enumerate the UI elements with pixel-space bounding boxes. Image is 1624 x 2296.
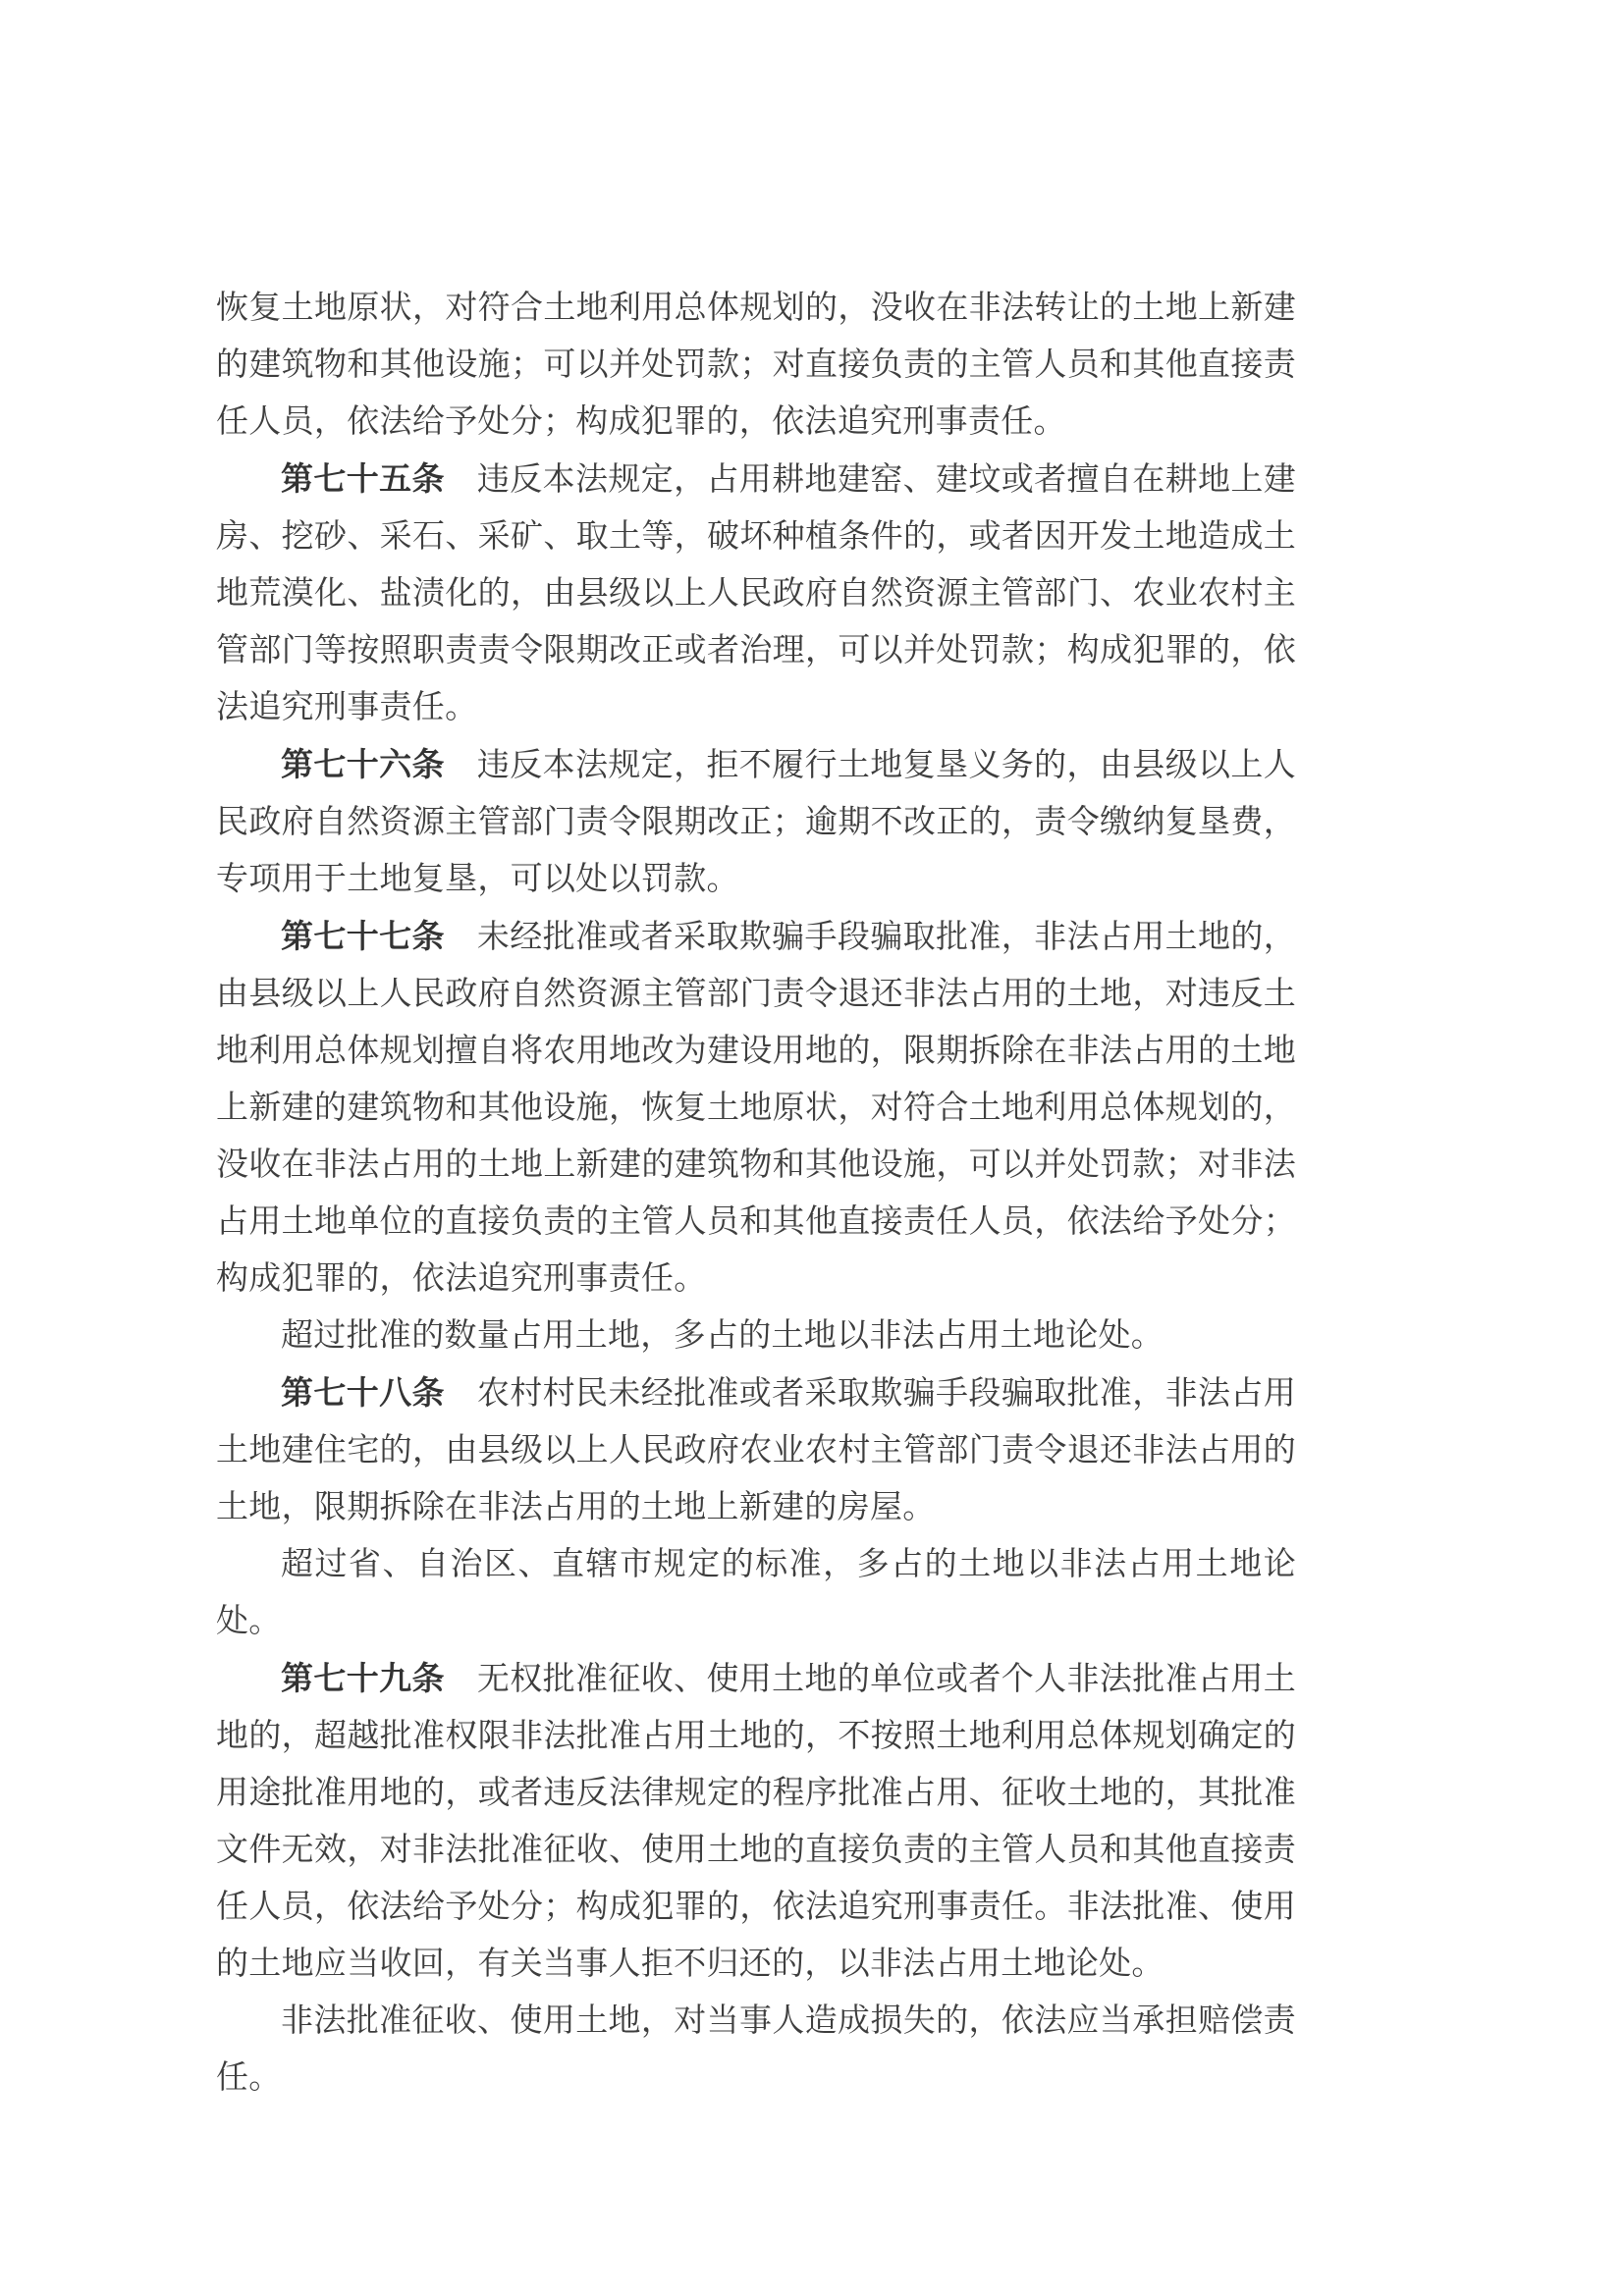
paragraph-article-78: 第七十八条农村村民未经批准或者采取欺骗手段骗取批准，非法占用土地建住宅的，由县级… <box>216 1364 1296 1536</box>
paragraph-text: 超过批准的数量占用土地，多占的土地以非法占用土地论处。 <box>281 1318 1164 1354</box>
article-number-79: 第七十九条 <box>281 1660 445 1696</box>
article-number-78: 第七十八条 <box>281 1374 445 1411</box>
paragraph-text: 无权批准征收、使用土地的单位或者个人非法批准占用土地的，超越批准权限非法批准占用… <box>216 1662 1296 1982</box>
paragraph-text: 未经批准或者采取欺骗手段骗取批准，非法占用土地的，由县级以上人民政府自然资源主管… <box>216 920 1296 1297</box>
article-number-75: 第七十五条 <box>281 460 445 497</box>
article-number-77: 第七十七条 <box>281 918 445 954</box>
paragraph-article-79-clause-2: 非法批准征收、使用土地，对当事人造成损失的，依法应当承担赔偿责任。 <box>216 1993 1296 2107</box>
paragraph-text: 非法批准征收、使用土地，对当事人造成损失的，依法应当承担赔偿责任。 <box>216 2003 1296 2096</box>
paragraph-article-79: 第七十九条无权批准征收、使用土地的单位或者个人非法批准占用土地的，超越批准权限非… <box>216 1650 1296 1993</box>
document-page: 恢复土地原状，对符合土地利用总体规划的，没收在非法转让的土地上新建的建筑物和其他… <box>0 0 1624 2296</box>
paragraph-article-75: 第七十五条违反本法规定，占用耕地建窑、建坟或者擅自在耕地上建房、挖砂、采石、采矿… <box>216 451 1296 736</box>
paragraph-article-77: 第七十七条未经批准或者采取欺骗手段骗取批准，非法占用土地的，由县级以上人民政府自… <box>216 908 1296 1308</box>
article-number-76: 第七十六条 <box>281 746 445 782</box>
paragraph-article-77-clause-2: 超过批准的数量占用土地，多占的土地以非法占用土地论处。 <box>216 1308 1296 1364</box>
paragraph-article-78-clause-2: 超过省、自治区、直辖市规定的标准，多占的土地以非法占用土地论处。 <box>216 1536 1296 1650</box>
paragraph-continuation: 恢复土地原状，对符合土地利用总体规划的，没收在非法转让的土地上新建的建筑物和其他… <box>216 280 1296 451</box>
paragraph-article-76: 第七十六条违反本法规定，拒不履行土地复垦义务的，由县级以上人民政府自然资源主管部… <box>216 736 1296 908</box>
paragraph-text: 恢复土地原状，对符合土地利用总体规划的，没收在非法转让的土地上新建的建筑物和其他… <box>216 291 1296 440</box>
paragraph-text: 超过省、自治区、直辖市规定的标准，多占的土地以非法占用土地论处。 <box>216 1547 1296 1639</box>
paragraph-text: 违反本法规定，占用耕地建窑、建坟或者擅自在耕地上建房、挖砂、采石、采矿、取土等，… <box>216 462 1296 725</box>
document-text-block: 恢复土地原状，对符合土地利用总体规划的，没收在非法转让的土地上新建的建筑物和其他… <box>216 280 1296 2107</box>
